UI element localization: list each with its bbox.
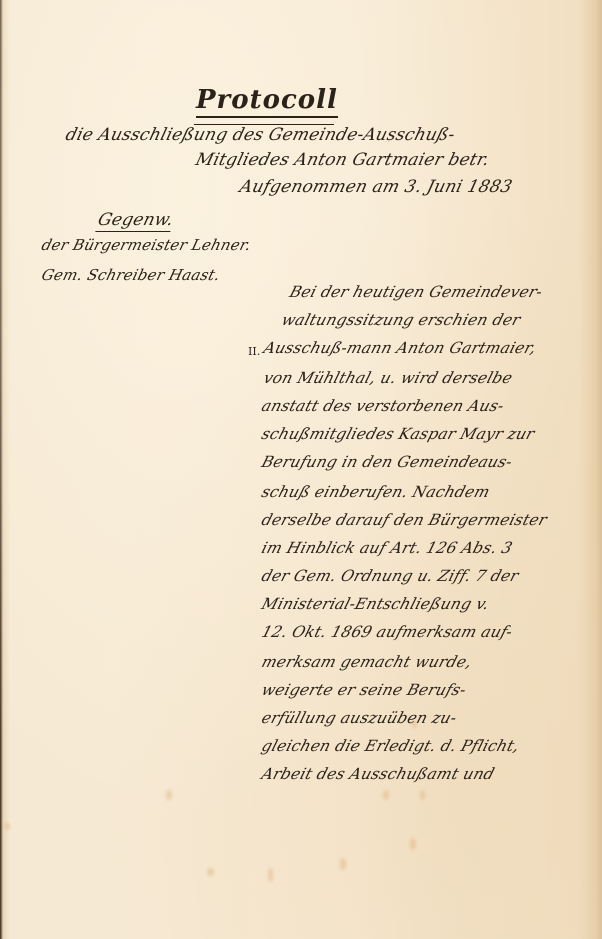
subtitle-line-3: Aufgenommen am 3. Juni 1883 <box>237 176 514 198</box>
body-line: schußmitgliedes Kaspar Mayr zur <box>259 424 537 444</box>
body-line: im Hinblick auf Art. 126 Abs. 3 <box>259 538 515 558</box>
margin-heading: Gegenw. <box>95 210 175 232</box>
subtitle-line-2: Mitgliedes Anton Gartmaier betr. <box>193 149 492 171</box>
body-line: Bei der heutigen Gemeindever- <box>287 282 545 302</box>
roman-numeral-marker: II. <box>248 345 260 358</box>
foxing-stain <box>166 790 172 800</box>
manuscript-page: Protocoll die Ausschließung des Gemeinde… <box>0 0 602 939</box>
body-line: weigerte er seine Berufs- <box>259 680 469 700</box>
body-line: der Gem. Ordnung u. Ziff. 7 der <box>259 566 521 586</box>
foxing-stain <box>268 868 273 882</box>
foxing-stain <box>340 858 346 870</box>
document-title: Protocoll <box>196 86 338 118</box>
foxing-stain <box>207 868 214 876</box>
margin-line-2: Gem. Schreiber Haast. <box>40 266 222 284</box>
foxing-stain <box>410 838 416 850</box>
body-line: waltungssitzung erschien der <box>279 310 523 330</box>
foxing-stain <box>420 790 425 800</box>
subtitle-line-1: die Ausschließung des Gemeinde-Ausschuß- <box>63 124 457 146</box>
body-line: erfüllung auszuüben zu- <box>259 708 459 728</box>
body-line: merksam gemacht wurde, <box>259 652 474 672</box>
body-line: anstatt des verstorbenen Aus- <box>259 396 506 416</box>
body-line: Ministerial-Entschließung v. <box>259 594 492 614</box>
body-line: gleichen die Erledigt. d. Pflicht, <box>259 736 522 756</box>
body-line: 12. Okt. 1869 aufmerksam auf- <box>259 622 515 642</box>
body-line: Ausschuß-mann Anton Gartmaier, <box>261 338 539 358</box>
body-line: von Mühlthal, u. wird derselbe <box>261 368 515 388</box>
foxing-stain <box>383 790 389 800</box>
foxing-stain <box>5 823 10 830</box>
body-line: schuß einberufen. Nachdem <box>259 482 492 502</box>
margin-line-1: der Bürgermeister Lehner. <box>40 236 253 254</box>
body-line: Arbeit des Ausschußamt und <box>259 764 497 784</box>
body-line: Berufung in den Gemeindeaus- <box>259 452 515 472</box>
body-line: derselbe darauf den Bürgermeister <box>259 510 549 530</box>
